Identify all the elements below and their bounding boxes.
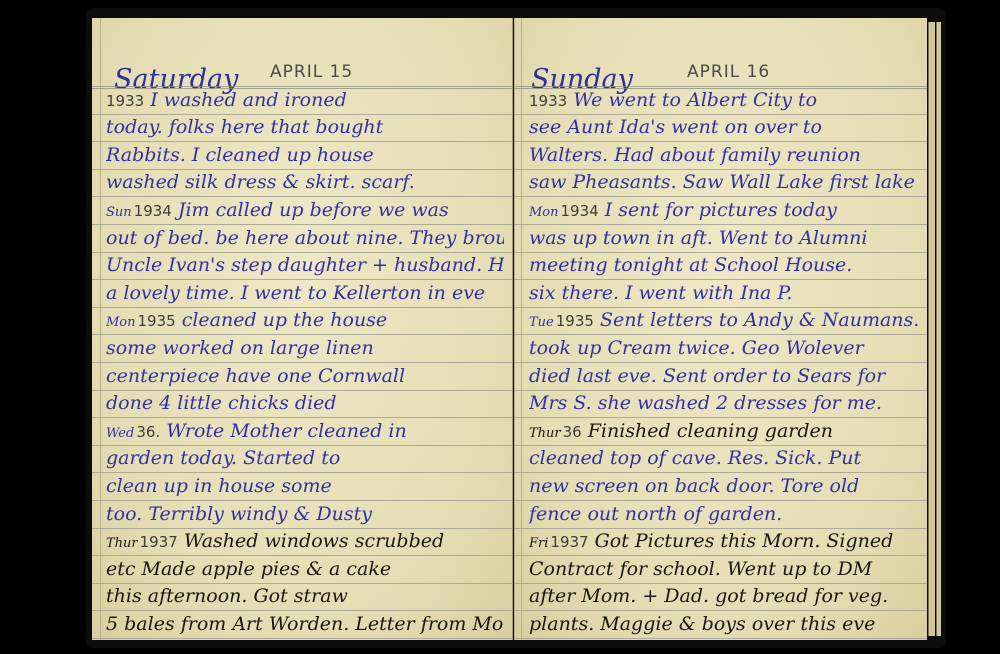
diary-line: new screen on back door. Tore old — [529, 473, 919, 500]
page-edges — [936, 22, 941, 636]
page-date: APRIL 15 — [270, 62, 353, 82]
entry-text: some worked on large linen — [106, 337, 374, 359]
entry-text: 5 bales from Art Worden. Letter from Mot… — [106, 613, 504, 635]
entry-year: 1937 — [550, 533, 588, 551]
diary-line: six there. I went with Ina P. — [529, 280, 919, 307]
entry-text: I washed and ironed — [150, 89, 347, 111]
entry-text: washed silk dress & skirt. scarf. — [106, 171, 415, 193]
diary-line: fence out north of garden. — [529, 501, 919, 528]
page-date: APRIL 16 — [687, 62, 770, 82]
ruled-line — [515, 638, 927, 639]
entry-text: meeting tonight at School House. — [529, 254, 852, 276]
entry-text: a lovely time. I went to Kellerton in ev… — [106, 282, 485, 304]
diary-line: Rabbits. I cleaned up house — [106, 142, 504, 169]
diary-line: see Aunt Ida's went on over to — [529, 114, 919, 141]
entry-text: took up Cream twice. Geo Wolever — [529, 337, 864, 359]
diary-line: washed silk dress & skirt. scarf. — [106, 169, 504, 196]
entry-text: too. Terribly windy & Dusty — [106, 503, 372, 525]
entry-text: Contract for school. Went up to DM — [529, 558, 872, 580]
diary-line: some worked on large linen — [106, 335, 504, 362]
diary-line: Thur36Finished cleaning garden — [529, 418, 919, 445]
diary-line: today. folks here that bought — [106, 114, 504, 141]
diary-line: plants. Maggie & boys over this eve — [529, 611, 919, 638]
entry-text: Finished cleaning garden — [588, 420, 833, 442]
entry-text: cleaned top of cave. Res. Sick. Put — [529, 447, 861, 469]
diary-line: clean up in house some — [106, 473, 504, 500]
diary-line: a lovely time. I went to Kellerton in ev… — [106, 280, 504, 307]
diary-line: Wed36.Wrote Mother cleaned in — [106, 418, 504, 445]
entry-year: 1935 — [556, 312, 594, 330]
entry-text: We went to Albert City to — [573, 89, 817, 111]
entry-text: Walters. Had about family reunion — [529, 144, 861, 166]
entry-text: saw Pheasants. Saw Wall Lake first lake — [529, 171, 915, 193]
weekday-note: Fri — [529, 536, 548, 551]
entry-text: six there. I went with Ina P. — [529, 282, 792, 304]
page-edges — [928, 22, 935, 636]
entry-text: after Mom. + Dad. got bread for veg. — [529, 585, 888, 607]
right-page: APRIL 16 Sunday 1933We went to Albert Ci… — [514, 18, 927, 640]
entry-text: was up town in aft. Went to Alumni — [529, 227, 867, 249]
diary-line: this afternoon. Got straw — [106, 583, 504, 610]
diary-line: etc Made apple pies & a cake — [106, 556, 504, 583]
entry-text: new screen on back door. Tore old — [529, 475, 859, 497]
entry-text: Jim called up before we was — [178, 199, 449, 221]
diary-line: meeting tonight at School House. — [529, 252, 919, 279]
diary-line: took up Cream twice. Geo Wolever — [529, 335, 919, 362]
diary-line: garden today. Started to — [106, 445, 504, 472]
diary-line: done 4 little chicks died — [106, 390, 504, 417]
entry-text: died last eve. Sent order to Sears for — [529, 365, 885, 387]
entry-text: plants. Maggie & boys over this eve — [529, 613, 875, 635]
entry-year: 1934 — [561, 202, 599, 220]
weekday-note: Thur — [106, 536, 138, 551]
weekday-note: Sun — [106, 205, 132, 220]
diary-line: after Mom. + Dad. got bread for veg. — [529, 583, 919, 610]
weekday-note: Mon — [106, 315, 136, 330]
entry-year: 1933 — [106, 92, 144, 110]
ruled-line — [92, 638, 512, 639]
diary-line: Mrs S. she washed 2 dresses for me. — [529, 390, 919, 417]
diary-line: Sun1934Jim called up before we was — [106, 197, 504, 224]
diary-line: Tue1935Sent letters to Andy & Naumans. — [529, 307, 919, 334]
entry-text: Wrote Mother cleaned in — [166, 420, 407, 442]
diary-line: cleaned top of cave. Res. Sick. Put — [529, 445, 919, 472]
entry-text: clean up in house some — [106, 475, 332, 497]
diary-line: 5 bales from Art Worden. Letter from Mot… — [106, 611, 504, 638]
diary-line: Walters. Had about family reunion — [529, 142, 919, 169]
entry-text: Sent letters to Andy & Naumans. — [600, 309, 919, 331]
entry-text: Mrs S. she washed 2 dresses for me. — [529, 392, 882, 414]
diary-line: Mon1935cleaned up the house — [106, 307, 504, 334]
left-page: APRIL 15 Saturday 1933I washed and irone… — [92, 18, 513, 640]
entry-text: out of bed. be here about nine. They bro… — [106, 227, 504, 249]
entry-text: I sent for pictures today — [605, 199, 837, 221]
entry-text: today. folks here that bought — [106, 116, 383, 138]
weekday-note: Wed — [106, 426, 134, 441]
diary-line: Fri1937Got Pictures this Morn. Signed — [529, 528, 919, 555]
entry-text: centerpiece have one Cornwall — [106, 365, 405, 387]
weekday-note: Mon — [529, 205, 559, 220]
entry-text: this afternoon. Got straw — [106, 585, 348, 607]
diary-line: centerpiece have one Cornwall — [106, 363, 504, 390]
diary-line: Uncle Ivan's step daughter + husband. Ha… — [106, 252, 504, 279]
diary-line: Mon1934I sent for pictures today — [529, 197, 919, 224]
entry-year: 36 — [563, 423, 582, 441]
entry-year: 1935 — [138, 312, 176, 330]
diary-line: Thur1937Washed windows scrubbed — [106, 528, 504, 555]
diary-line: too. Terribly windy & Dusty — [106, 501, 504, 528]
entry-text: garden today. Started to — [106, 447, 340, 469]
entry-text: Rabbits. I cleaned up house — [106, 144, 374, 166]
margin-line — [100, 18, 101, 640]
entry-text: Got Pictures this Morn. Signed — [595, 530, 894, 552]
entry-text: Washed windows scrubbed — [184, 530, 444, 552]
diary-line: died last eve. Sent order to Sears for — [529, 363, 919, 390]
margin-line — [521, 18, 522, 640]
diary-line: saw Pheasants. Saw Wall Lake first lake — [529, 169, 919, 196]
entry-text: fence out north of garden. — [529, 503, 782, 525]
diary-line: out of bed. be here about nine. They bro… — [106, 225, 504, 252]
entry-text: Uncle Ivan's step daughter + husband. Ha… — [106, 254, 504, 276]
entry-year: 1937 — [140, 533, 178, 551]
entry-text: cleaned up the house — [182, 309, 387, 331]
diary-line: Contract for school. Went up to DM — [529, 556, 919, 583]
entry-year: 1934 — [134, 202, 172, 220]
entry-text: etc Made apple pies & a cake — [106, 558, 391, 580]
entry-year: 1933 — [529, 92, 567, 110]
weekday-note: Tue — [529, 315, 554, 330]
diary-line: 1933I washed and ironed — [106, 87, 504, 114]
diary-line: 1933We went to Albert City to — [529, 87, 919, 114]
entry-text: done 4 little chicks died — [106, 392, 337, 414]
diary-line: was up town in aft. Went to Alumni — [529, 225, 919, 252]
entry-year: 36. — [136, 423, 160, 441]
entry-text: see Aunt Ida's went on over to — [529, 116, 822, 138]
weekday-note: Thur — [529, 426, 561, 441]
